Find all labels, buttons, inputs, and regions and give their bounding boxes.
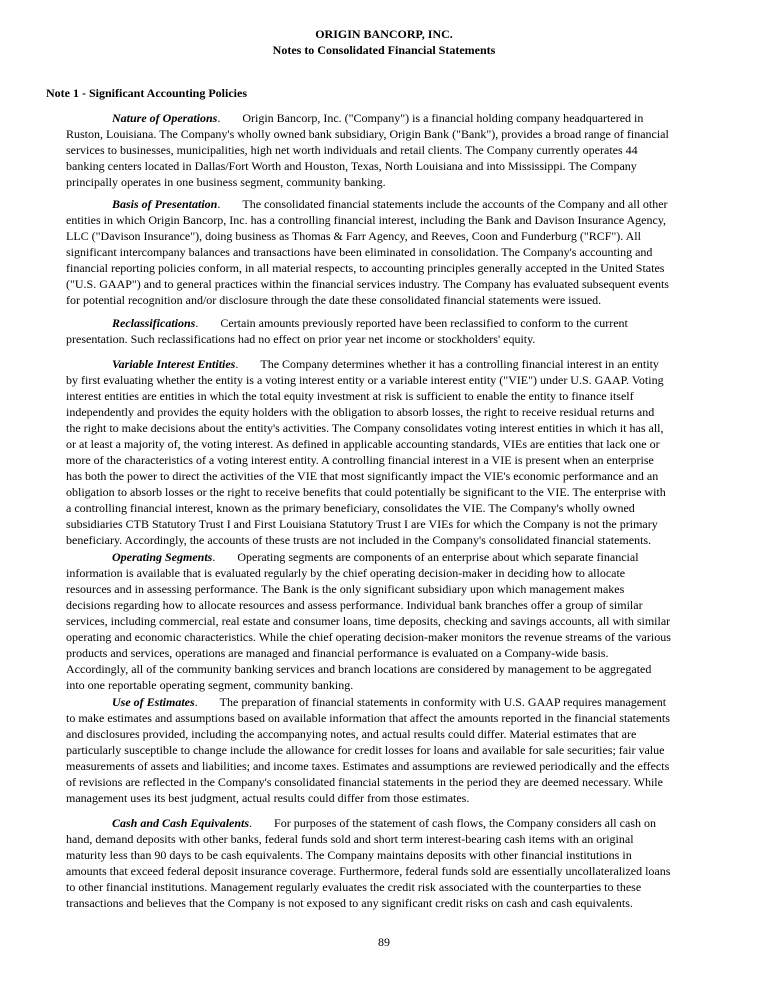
- paragraph-line: transactions and believes that the Compa…: [66, 895, 726, 911]
- section-operating-segments: Operating Segments.Operating segments ar…: [66, 549, 726, 693]
- section-use-of-estimates: Use of Estimates.The preparation of fina…: [66, 694, 726, 806]
- paragraph-line: maturity less than 90 days to be cash eq…: [66, 847, 726, 863]
- paragraph-line: management uses its best judgment, actua…: [66, 790, 726, 806]
- page-number: 89: [0, 935, 768, 949]
- paragraph-line: Accordingly, all of the community bankin…: [66, 661, 726, 677]
- paragraph-line: products and services, operations are ma…: [66, 645, 726, 661]
- paragraph-line: a controlling financial interest, known …: [66, 500, 726, 516]
- paragraph-line: decisions regarding how to allocate reso…: [66, 597, 726, 613]
- section-cash-and-cash-equivalents: Cash and Cash Equivalents.For purposes o…: [66, 815, 726, 911]
- paragraph-line: the right to make decisions about the en…: [66, 420, 726, 436]
- paragraph-line: entities in which Origin Bancorp, Inc. h…: [66, 212, 726, 228]
- paragraph-line: Cash and Cash Equivalents.For purposes o…: [66, 815, 726, 831]
- section-basis-of-presentation: Basis of Presentation.The consolidated f…: [66, 196, 726, 308]
- paragraph-line: operating and economic characteristics. …: [66, 629, 726, 645]
- paragraph-line: measurements of assets and liabilities; …: [66, 758, 726, 774]
- section-heading: Basis of Presentation: [112, 197, 217, 211]
- note-title: Note 1 - Significant Accounting Policies: [46, 86, 247, 100]
- paragraph-line: has both the power to direct the activit…: [66, 468, 726, 484]
- section-reclassifications: Reclassifications.Certain amounts previo…: [66, 315, 726, 347]
- paragraph-line: more of the characteristics of a voting …: [66, 452, 726, 468]
- paragraph-line: LLC ("Davison Insurance"), doing busines…: [66, 228, 726, 244]
- paragraph-line: Basis of Presentation.The consolidated f…: [66, 196, 726, 212]
- paragraph-line: resources and in assessing performance. …: [66, 581, 726, 597]
- paragraph-line: obligation to absorb losses or the right…: [66, 484, 726, 500]
- paragraph-line: beneficiary. Accordingly, the accounts o…: [66, 532, 726, 548]
- section-heading: Nature of Operations: [112, 111, 217, 125]
- document-page: ORIGIN BANCORP, INC. Notes to Consolidat…: [0, 0, 768, 993]
- section-heading: Use of Estimates: [112, 695, 195, 709]
- paragraph-line: to make estimates and assumptions based …: [66, 710, 726, 726]
- paragraph-line: particularly susceptible to change inclu…: [66, 742, 726, 758]
- paragraph-line: and disclosures provided, including the …: [66, 726, 726, 742]
- paragraph-line: Variable Interest Entities.The Company d…: [66, 356, 726, 372]
- paragraph-line: by first evaluating whether the entity i…: [66, 372, 726, 388]
- section-heading: Variable Interest Entities: [112, 357, 235, 371]
- paragraph-line: or at least a majority of, the voting in…: [66, 436, 726, 452]
- section-heading: Operating Segments: [112, 550, 212, 564]
- paragraph-line: subsidiaries CTB Statutory Trust I and F…: [66, 516, 726, 532]
- paragraph-line: Reclassifications.Certain amounts previo…: [66, 315, 726, 331]
- paragraph-line: principally operates in one business seg…: [66, 174, 726, 190]
- company-name-header: ORIGIN BANCORP, INC.: [0, 27, 768, 41]
- section-heading: Reclassifications: [112, 316, 195, 330]
- paragraph-line: hand, demand deposits with other banks, …: [66, 831, 726, 847]
- paragraph-line: of revisions are reflected in the Compan…: [66, 774, 726, 790]
- paragraph-line: information is available that is evaluat…: [66, 565, 726, 581]
- paragraph-line: interest entities are entities in which …: [66, 388, 726, 404]
- section-variable-interest-entities: Variable Interest Entities.The Company d…: [66, 356, 726, 548]
- paragraph-line: financial reporting policies conform, in…: [66, 260, 726, 276]
- paragraph-line: services to businesses, municipalities, …: [66, 142, 726, 158]
- document-subtitle: Notes to Consolidated Financial Statemen…: [0, 43, 768, 57]
- paragraph-line: significant intercompany balances and tr…: [66, 244, 726, 260]
- paragraph-line: Use of Estimates.The preparation of fina…: [66, 694, 726, 710]
- paragraph-line: for potential recognition and/or disclos…: [66, 292, 726, 308]
- paragraph-line: Ruston, Louisiana. The Company's wholly …: [66, 126, 726, 142]
- paragraph-line: amounts that exceed federal deposit insu…: [66, 863, 726, 879]
- paragraph-line: Nature of Operations.Origin Bancorp, Inc…: [66, 110, 726, 126]
- paragraph-line: services, including commercial, real est…: [66, 613, 726, 629]
- paragraph-line: into one reportable operating segment, c…: [66, 677, 726, 693]
- paragraph-line: banking centers located in Dallas/Fort W…: [66, 158, 726, 174]
- paragraph-line: to other financial institutions. Managem…: [66, 879, 726, 895]
- paragraph-line: independently and provides the equity ho…: [66, 404, 726, 420]
- section-nature-of-operations: Nature of Operations.Origin Bancorp, Inc…: [66, 110, 726, 190]
- paragraph-line: ("U.S. GAAP") and to general practices w…: [66, 276, 726, 292]
- section-heading: Cash and Cash Equivalents: [112, 816, 249, 830]
- paragraph-line: Operating Segments.Operating segments ar…: [66, 549, 726, 565]
- paragraph-line: presentation. Such reclassifications had…: [66, 331, 726, 347]
